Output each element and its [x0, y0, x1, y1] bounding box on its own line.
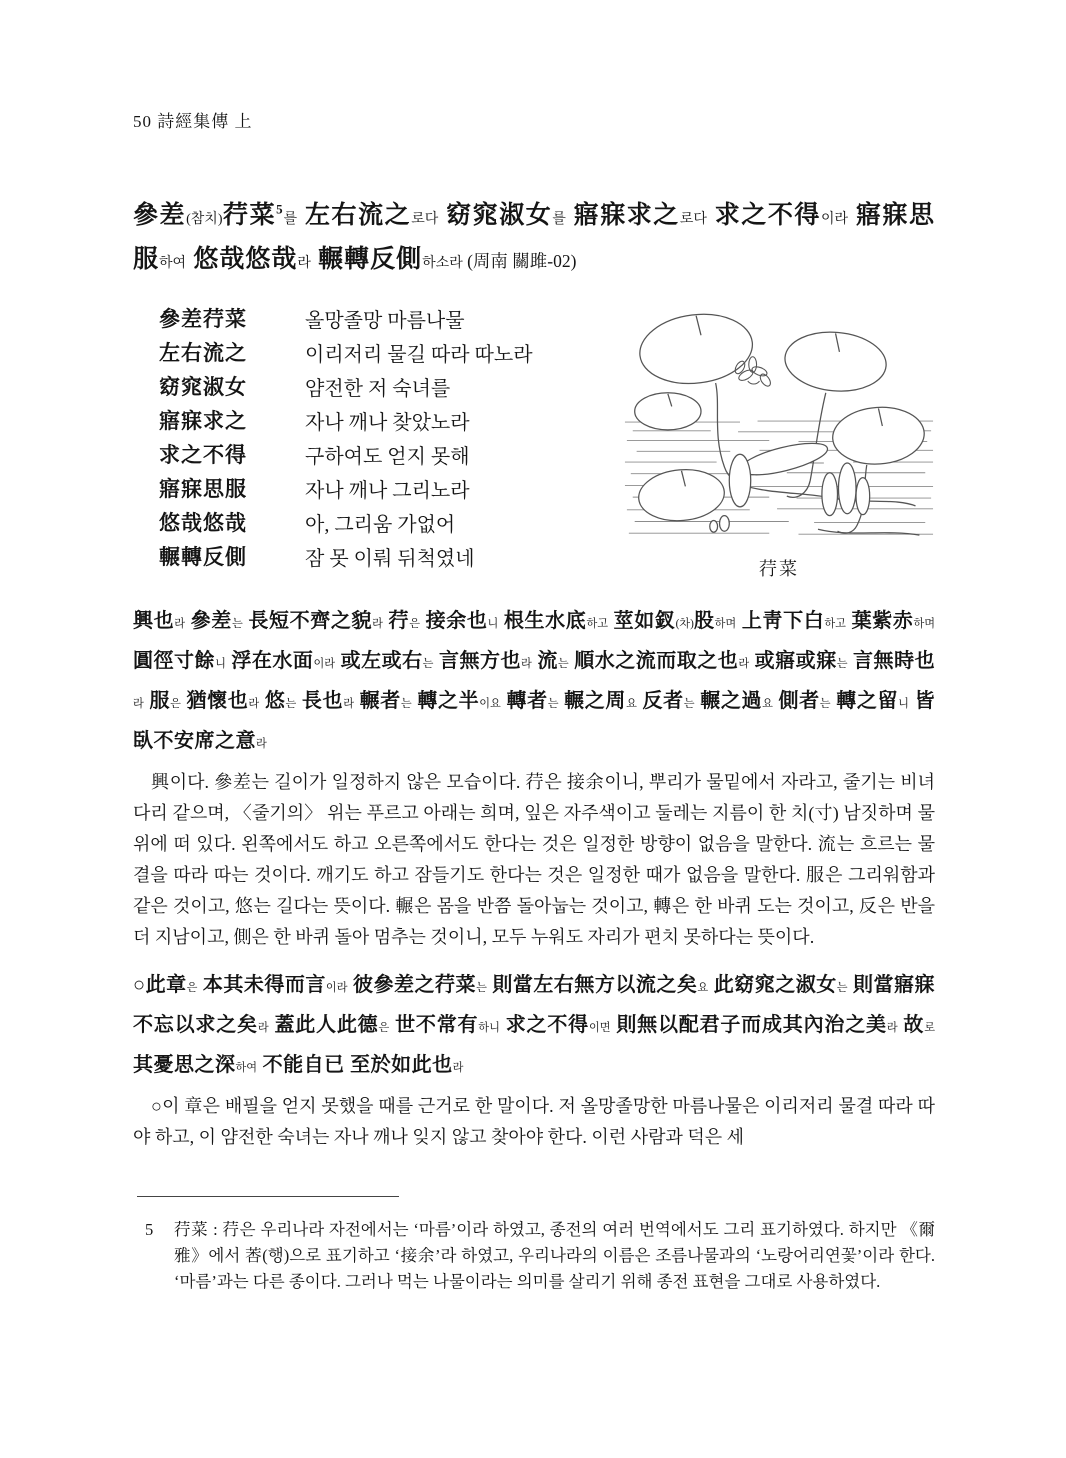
hanja-phrase: 求之不得: [159, 439, 305, 469]
text-segment: 輾者: [354, 690, 401, 712]
table-row: 窈窕淑女얌전한 저 숙녀를: [159, 369, 603, 403]
korean-translation: 구하여도 얻지 못해: [305, 440, 470, 469]
poem-hanmun-paragraph: 參差(참치)荇菜5를 左右流之로다 窈窕淑女를 寤寐求之로다 求之不得이라 寤寐…: [133, 196, 935, 284]
table-row: 左右流之이리저리 물길 따라 따노라: [159, 335, 603, 369]
text-segment: 라: [738, 658, 749, 670]
text-segment: 5: [276, 202, 284, 217]
text-segment: (周南 關雎-02): [463, 251, 577, 271]
korean-translation: 이리저리 물길 따라 따노라: [305, 338, 533, 367]
table-row: 悠哉悠哉아, 그리움 가없어: [159, 505, 603, 539]
korean-translation-paragraph-2: ○이 章은 배필을 얻지 못했을 때를 근거로 한 말이다. 저 올망졸망한 마…: [133, 1091, 935, 1153]
text-segment: 上靑下白: [736, 610, 824, 632]
hanja-phrase: 寤寐思服: [159, 473, 305, 503]
korean-translation: 자나 깨나 그리노라: [305, 474, 470, 503]
text-segment: 輾之周: [559, 690, 627, 712]
footnote-divider: [137, 1196, 399, 1197]
text-segment: 彼參差之荇菜: [348, 974, 477, 996]
text-segment: 은: [409, 618, 420, 630]
hanja-phrase: 窈窕淑女: [159, 371, 305, 401]
text-segment: 言無時也: [848, 650, 936, 672]
text-segment: 라: [174, 618, 185, 630]
hanja-phrase: 輾轉反側: [159, 541, 305, 571]
text-segment: 이라: [821, 212, 848, 227]
text-segment: 라: [343, 698, 354, 710]
text-segment: 則無以配君子而成其內治之美: [611, 1014, 887, 1036]
table-row: 寤寐求之자나 깨나 찾았노라: [159, 403, 603, 437]
text-segment: 니: [215, 658, 226, 670]
text-segment: 浮在水面: [226, 650, 314, 672]
text-segment: 요: [697, 982, 708, 994]
translation-and-figure-section: 參差荇菜올망졸망 마름나물左右流之이리저리 물길 따라 따노라窈窕淑女얌전한 저…: [133, 301, 935, 581]
text-segment: 猶懷也: [181, 690, 249, 712]
hanja-phrase: 寤寐求之: [159, 405, 305, 435]
text-segment: 는: [232, 618, 243, 630]
text-segment: 은: [378, 1022, 389, 1034]
text-segment: 側者: [773, 690, 820, 712]
table-row: 求之不得구하여도 얻지 못해: [159, 437, 603, 471]
table-row: 寤寐思服자나 깨나 그리노라: [159, 471, 603, 505]
text-segment: 左右流之: [297, 202, 411, 229]
text-segment: 라: [453, 1062, 464, 1074]
text-segment: 轉之留: [831, 690, 899, 712]
text-segment: 其憂思之深: [133, 1054, 236, 1076]
text-segment: 로: [924, 1022, 935, 1034]
text-segment: 蓋此人此德: [269, 1014, 379, 1036]
text-segment: 라: [258, 1022, 269, 1034]
text-segment: 요: [626, 698, 637, 710]
text-segment: 或左或右: [335, 650, 423, 672]
text-segment: 輾轉反側: [311, 246, 422, 273]
water-plant-drawing: [623, 303, 935, 545]
text-segment: 荇菜: [222, 202, 276, 229]
text-segment: 는: [476, 982, 487, 994]
text-segment: 는: [285, 698, 296, 710]
text-segment: (차): [676, 618, 694, 630]
hanja-phrase: 左右流之: [159, 337, 305, 367]
text-segment: 窈窕淑女: [438, 202, 552, 229]
hanja-phrase: 參差荇菜: [159, 303, 305, 333]
text-segment: 하며: [913, 618, 935, 630]
text-segment: 이라: [326, 982, 348, 994]
text-segment: 하여: [159, 256, 186, 271]
text-segment: 輾之過: [695, 690, 763, 712]
text-segment: 荇: [383, 610, 409, 632]
text-segment: 라: [256, 738, 267, 750]
book-page: 50 詩經集傳 上 參差(참치)荇菜5를 左右流之로다 窈窕淑女를 寤寐求之로다…: [0, 0, 1066, 1458]
text-segment: 요: [762, 698, 773, 710]
text-segment: ○此章: [133, 974, 187, 996]
text-segment: 은: [187, 982, 198, 994]
text-segment: 接余也: [420, 610, 488, 632]
text-segment: (참치): [186, 212, 222, 227]
footnote-text: 荇菜 : 荇은 우리나라 자전에서는 ‘마름’이라 하였고, 종전의 여러 번역…: [174, 1217, 935, 1295]
text-segment: 하니: [478, 1022, 500, 1034]
text-segment: 를: [284, 212, 298, 227]
text-segment: 는: [820, 698, 831, 710]
text-segment: 或寤或寐: [749, 650, 837, 672]
text-segment: 此窈窕之淑女: [708, 974, 837, 996]
text-segment: 求之不得: [500, 1014, 589, 1036]
text-segment: 이라: [313, 658, 335, 670]
text-segment: 하며: [715, 618, 737, 630]
text-segment: 服: [144, 690, 170, 712]
text-segment: 하여: [236, 1062, 258, 1074]
text-segment: 轉之半: [412, 690, 480, 712]
table-row: 參差荇菜올망졸망 마름나물: [159, 301, 603, 335]
text-segment: 는: [423, 658, 434, 670]
text-segment: 言無方也: [433, 650, 521, 672]
text-segment: 는: [558, 658, 569, 670]
commentary-hanmun-1: 興也라 參差는 長短不齊之貌라 荇은 接余也니 根生水底하고 莖如釵(차)股하며…: [133, 603, 935, 763]
running-head: 50 詩經集傳 上: [133, 112, 935, 132]
text-segment: 는: [837, 658, 848, 670]
text-segment: 長也: [296, 690, 343, 712]
text-segment: 世不常有: [389, 1014, 478, 1036]
text-segment: 反者: [637, 690, 684, 712]
text-segment: 參差: [185, 610, 232, 632]
text-segment: 圓徑寸餘: [133, 650, 215, 672]
figure-caption: 荇菜: [623, 555, 935, 581]
text-segment: 로다: [680, 212, 707, 227]
korean-translation: 잠 못 이뤄 뒤척였네: [305, 542, 475, 571]
text-segment: 求之不得: [707, 202, 821, 229]
text-segment: 니: [898, 698, 909, 710]
text-segment: 라: [372, 618, 383, 630]
text-segment: 根生水底: [498, 610, 586, 632]
text-segment: 悠: [259, 690, 285, 712]
korean-translation-paragraph-1: 興이다. 參差는 길이가 일정하지 않은 모습이다. 荇은 接余이니, 뿌리가 …: [133, 767, 935, 953]
text-segment: 股: [694, 610, 715, 632]
text-segment: 寤寐求之: [566, 202, 680, 229]
text-segment: 은: [170, 698, 181, 710]
korean-translation: 아, 그리움 가없어: [305, 508, 455, 537]
text-segment: 轉者: [501, 690, 548, 712]
plant-figure: 荇菜: [623, 301, 935, 581]
text-segment: 는: [548, 698, 559, 710]
text-segment: 悠哉悠哉: [186, 246, 297, 273]
text-segment: 를: [552, 212, 566, 227]
text-segment: 葉紫赤: [846, 610, 914, 632]
footnote: 5 荇菜 : 荇은 우리나라 자전에서는 ‘마름’이라 하였고, 종전의 여러 …: [133, 1217, 935, 1295]
text-segment: 流: [532, 650, 558, 672]
text-segment: 莖如釵: [608, 610, 676, 632]
text-segment: 라: [297, 256, 311, 271]
text-segment: 本其未得而言: [197, 974, 326, 996]
korean-translation: 얌전한 저 숙녀를: [305, 372, 450, 401]
footnote-area: 5 荇菜 : 荇은 우리나라 자전에서는 ‘마름’이라 하였고, 종전의 여러 …: [133, 1196, 935, 1295]
text-segment: 參差: [133, 202, 186, 229]
text-segment: 라: [133, 698, 144, 710]
text-segment: 故: [898, 1014, 925, 1036]
text-segment: 는: [837, 982, 848, 994]
footnote-number: 5: [133, 1217, 174, 1295]
text-segment: 로다: [411, 212, 438, 227]
text-segment: 하소라: [422, 256, 463, 271]
text-segment: 不能自已 至於如此也: [257, 1054, 453, 1076]
text-segment: 長短不齊之貌: [243, 610, 372, 632]
text-segment: 하고: [586, 618, 608, 630]
text-segment: 라: [248, 698, 259, 710]
text-segment: 이요: [479, 698, 501, 710]
text-segment: 는: [684, 698, 695, 710]
text-segment: 라: [521, 658, 532, 670]
text-segment: 興也: [133, 610, 174, 632]
table-row: 輾轉反側잠 못 이뤄 뒤척였네: [159, 539, 603, 573]
korean-translation: 자나 깨나 찾았노라: [305, 406, 470, 435]
text-segment: 라: [887, 1022, 898, 1034]
text-segment: 이면: [589, 1022, 611, 1034]
text-segment: 順水之流而取之也: [569, 650, 739, 672]
commentary-hanmun-2: ○此章은 本其未得而言이라 彼參差之荇菜는 則當左右無方以流之矣요 此窈窕之淑女…: [133, 967, 935, 1087]
text-segment: 則當左右無方以流之矣: [487, 974, 698, 996]
text-segment: 하고: [824, 618, 846, 630]
translation-table: 參差荇菜올망졸망 마름나물左右流之이리저리 물길 따라 따노라窈窕淑女얌전한 저…: [133, 301, 603, 581]
korean-translation: 올망졸망 마름나물: [305, 304, 465, 333]
text-segment: 니: [488, 618, 499, 630]
text-segment: 는: [401, 698, 412, 710]
hanja-phrase: 悠哉悠哉: [159, 507, 305, 537]
